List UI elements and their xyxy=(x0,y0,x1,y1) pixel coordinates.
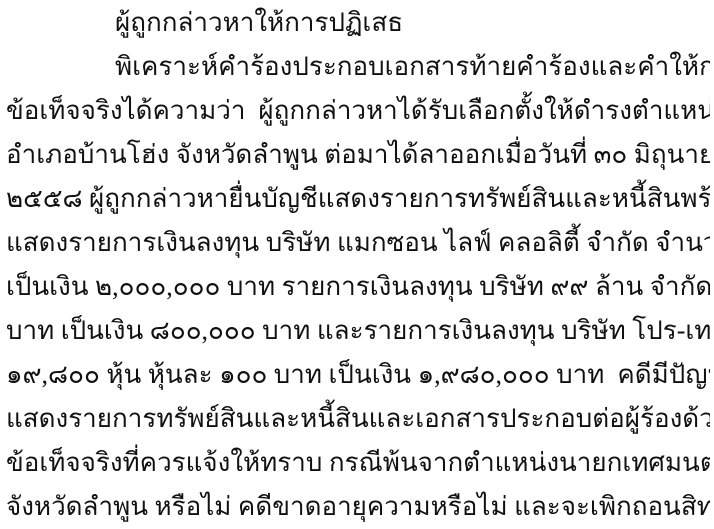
text-line: แสดงรายการทรัพย์สินและหนี้สินและเอกสารปร… xyxy=(6,397,710,441)
text-line: จังหวัดลำพูน หรือไม่ คดีขาดอายุความหรือไ… xyxy=(6,485,710,529)
text-line: ข้อเท็จจริงได้ความว่า ผู้ถูกกล่าวหาได้รั… xyxy=(6,89,710,133)
text-line: แสดงรายการเงินลงทุน บริษัท แมกซอน ไลฟ์ ค… xyxy=(6,221,710,265)
text-line: ข้อเท็จจริงที่ควรแจ้งให้ทราบ กรณีพ้นจากต… xyxy=(6,441,710,485)
text-line: เป็นเงิน ๒,๐๐๐,๐๐๐ บาท รายการเงินลงทุน บ… xyxy=(6,265,710,309)
text-line: พิเคราะห์คำร้องประกอบเอกสารท้ายคำร้องและ… xyxy=(6,45,710,89)
document-page: ผู้ถูกกล่าวหาให้การปฏิเสธ พิเคราะห์คำร้อ… xyxy=(0,0,714,529)
text-line: ๑๙,๘๐๐ หุ้น หุ้นละ ๑๐๐ บาท เป็นเงิน ๑,๙๘… xyxy=(6,353,710,397)
text-line: ผู้ถูกกล่าวหาให้การปฏิเสธ xyxy=(6,1,710,45)
text-line: อำเภอบ้านโฮ่ง จังหวัดลำพูน ต่อมาได้ลาออก… xyxy=(6,133,710,177)
text-line: ๒๕๕๘ ผู้ถูกกล่าวหายื่นบัญชีแสดงรายการทรั… xyxy=(6,177,710,221)
text-line: บาท เป็นเงิน ๘๐๐,๐๐๐ บาท และรายการเงินลง… xyxy=(6,309,710,353)
